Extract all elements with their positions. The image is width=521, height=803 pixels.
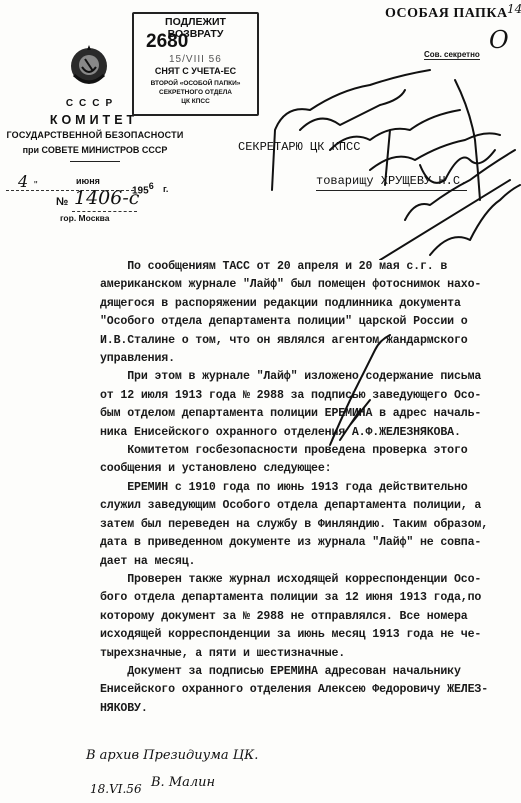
- ussr-emblem-icon: [68, 45, 110, 89]
- country-label: СССР: [62, 98, 122, 109]
- body-line: дает на месяц.: [100, 553, 520, 571]
- document-body: По сообщениям ТАСС от 20 апреля и 20 мая…: [100, 258, 520, 718]
- organization-line-2: ГОСУДАРСТВЕННОЙ БЕЗОПАСНОСТИ: [0, 130, 190, 140]
- body-line: служил заведующим Особого отдела департа…: [100, 497, 520, 515]
- divider: [70, 161, 120, 162]
- body-line: бым отделом департамента полиции ЕРЕМИНА…: [100, 405, 520, 423]
- archive-note-date: 18.VI.56: [90, 782, 142, 796]
- body-line: затем был переведен на службу в Финлянди…: [100, 516, 520, 534]
- body-line: исходящей корреспонденции за июнь месяц …: [100, 626, 520, 644]
- body-line: НЯКОВУ.: [100, 700, 520, 718]
- archive-note: В архив Президиума ЦК.: [86, 748, 258, 763]
- stamp-line-3: 15/VIII 56: [169, 54, 222, 65]
- page-number: 14: [507, 2, 521, 16]
- body-line: американском журнале "Лайф" был помещен …: [100, 276, 520, 294]
- body-line: которому документ за № 2988 не отправлял…: [100, 608, 520, 626]
- stamp-number: 2680: [146, 31, 188, 53]
- body-line: Проверен также журнал исходящей корреспо…: [100, 571, 520, 589]
- body-line: дата в приведенном документе из журнала …: [100, 534, 520, 552]
- date-year-unit: г.: [163, 184, 168, 194]
- document-number: 1406-с: [74, 187, 139, 209]
- body-line: от 12 июля 1913 года № 2988 за подписью …: [100, 387, 520, 405]
- body-line: дящегося в распоряжении редакции подлинн…: [100, 295, 520, 313]
- special-folder-label: ОСОБАЯ ПАПКА: [385, 6, 508, 22]
- handwritten-signatures: [230, 30, 521, 260]
- body-line: управления.: [100, 350, 520, 368]
- body-line: бого отдела департамента полиции за 12 и…: [100, 589, 520, 607]
- date-month: июня: [76, 176, 100, 186]
- body-line: И.В.Сталине о том, что он являлся агенто…: [100, 332, 520, 350]
- body-line: Енисейского охранного отделения Алексею …: [100, 681, 520, 699]
- date-year-suffix: 6: [149, 181, 154, 191]
- organization-line-3: при СОВЕТЕ МИНИСТРОВ СССР: [10, 145, 180, 155]
- body-line: ника Енисейского охранного отделения А.Ф…: [100, 424, 520, 442]
- number-sign: №: [56, 196, 68, 208]
- body-line: Комитетом госбезопасности проведена пров…: [100, 442, 520, 460]
- date-day: 4: [18, 172, 28, 191]
- body-line: По сообщениям ТАСС от 20 апреля и 20 мая…: [100, 258, 520, 276]
- body-line: При этом в журнале "Лайф" изложено содер…: [100, 368, 520, 386]
- body-line: "Особого отдела департамента полиции" ца…: [100, 313, 520, 331]
- handwritten-annotation: [320, 330, 400, 450]
- body-line: сообщения и установлено следующее:: [100, 460, 520, 478]
- city-label: гор. Москва: [60, 213, 110, 223]
- organization-title: КОМИТЕТ: [44, 113, 144, 127]
- body-line: ЕРЕМИН с 1910 года по июнь 1913 года дей…: [100, 479, 520, 497]
- body-line: тырехзначные, а пяти и шестизначные.: [100, 645, 520, 663]
- document-page: СССР КОМИТЕТ ГОСУДАРСТВЕННОЙ БЕЗОПАСНОСТ…: [0, 0, 521, 803]
- number-underline: [72, 211, 137, 212]
- archive-note-signature: В. Малин: [151, 775, 215, 790]
- body-line: Документ за подписью ЕРЕМИНА адресован н…: [100, 663, 520, 681]
